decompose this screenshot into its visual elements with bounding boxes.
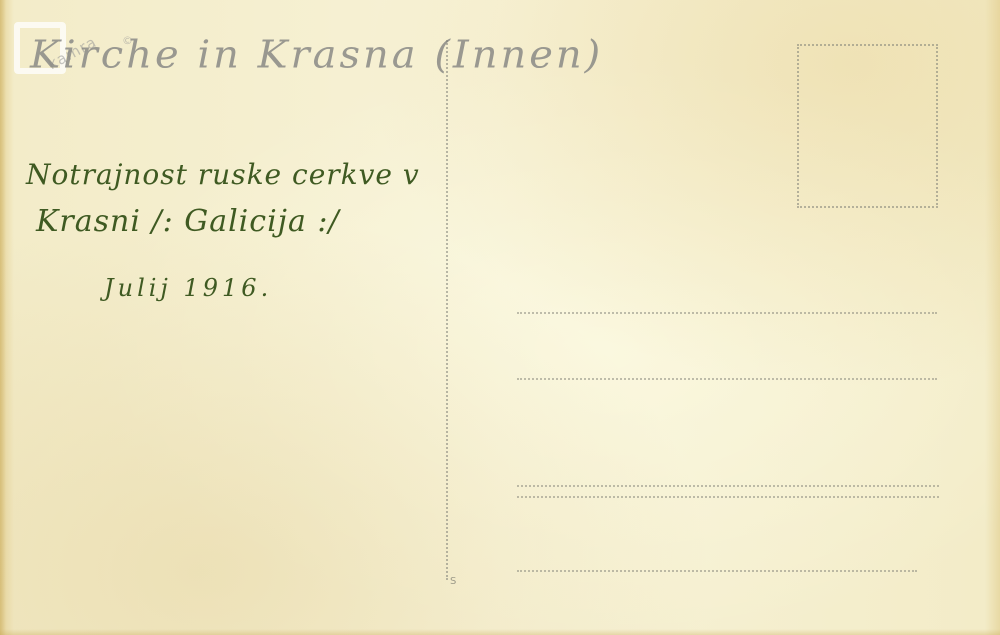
address-line xyxy=(517,570,917,572)
pencil-archival-note: Kirche in Krasna (Innen) xyxy=(30,33,603,77)
address-line xyxy=(517,312,937,314)
address-line xyxy=(517,496,939,498)
inscription-line-1: Notrajnost ruske cerkve v xyxy=(26,158,420,191)
inscription-date: Julij 1916. xyxy=(104,274,272,302)
center-divider xyxy=(446,40,448,580)
address-line xyxy=(517,378,937,380)
paper-edge-stain xyxy=(0,629,1000,635)
printer-mark: S xyxy=(450,576,456,587)
stamp-box xyxy=(797,44,938,208)
postcard-back: kamra © Kirche in Krasna (Innen) Notrajn… xyxy=(0,0,1000,635)
inscription-line-2: Krasni /: Galicija :/ xyxy=(36,204,340,239)
paper-edge-stain xyxy=(0,0,6,635)
address-line xyxy=(517,485,939,487)
